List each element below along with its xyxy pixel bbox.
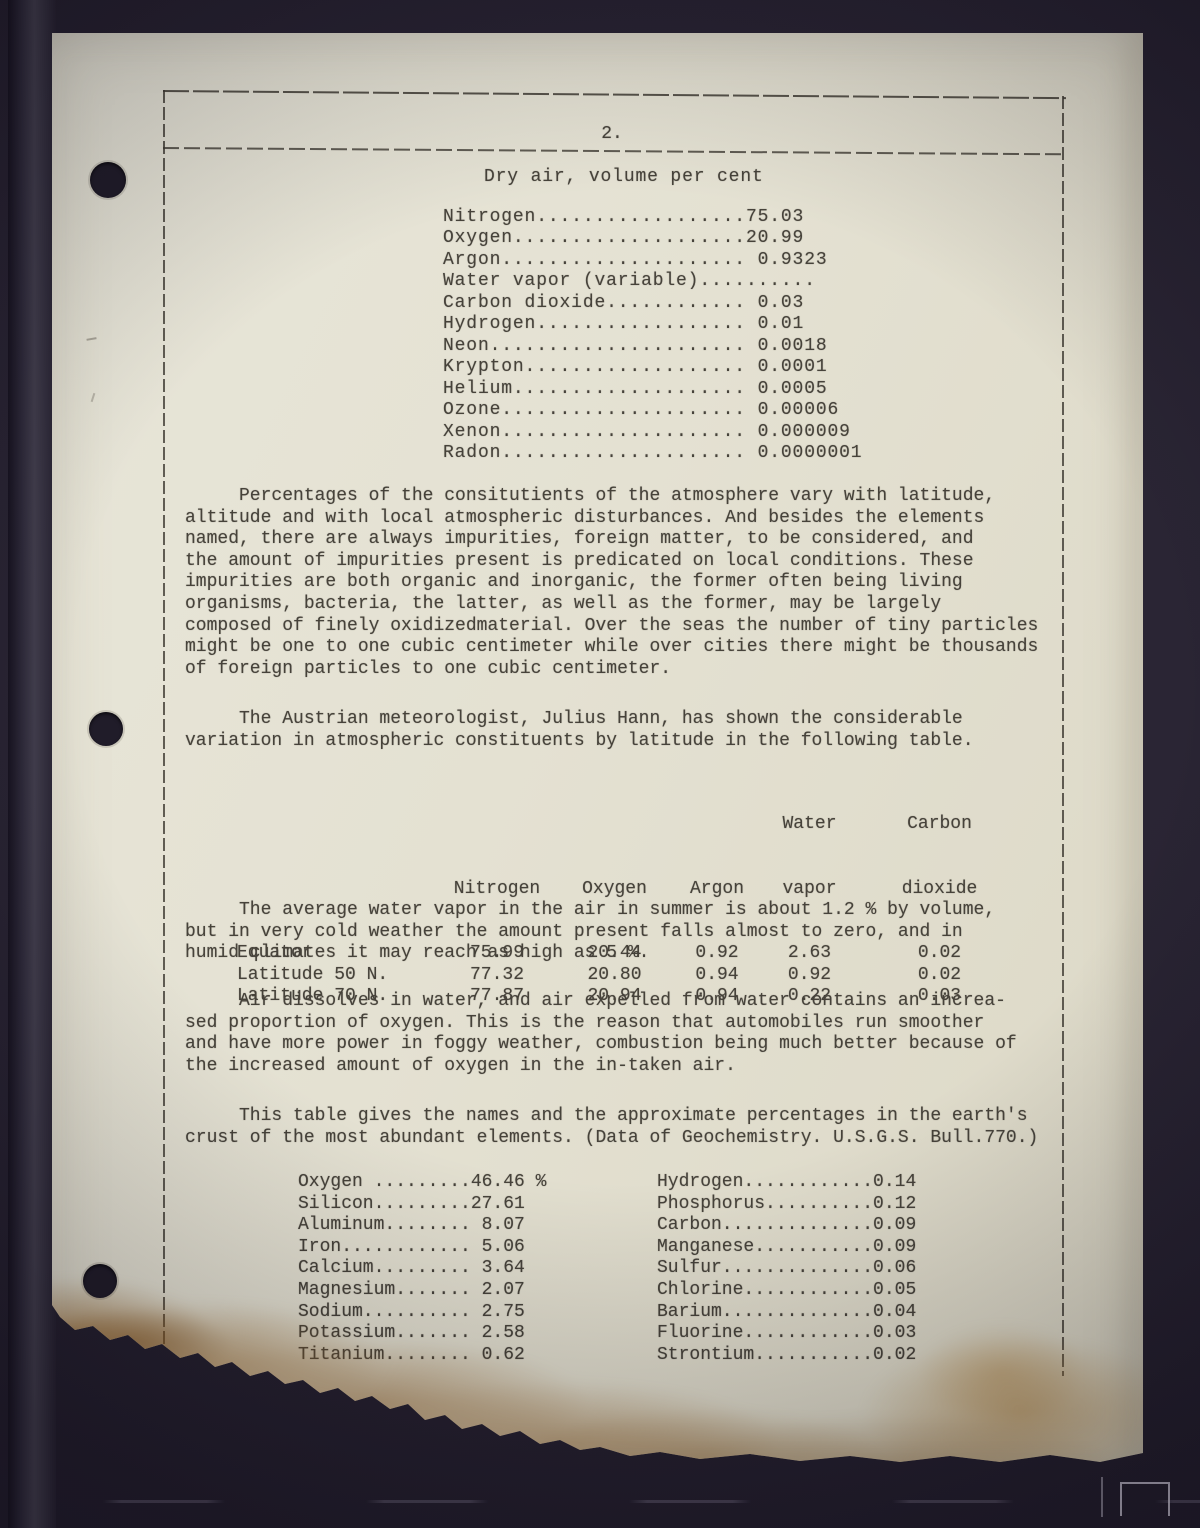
scanned-photo-background: 2. Dry air, volume per cent Nitrogen....… bbox=[0, 0, 1200, 1528]
gas-list-line: Krypton................... 0.0001 bbox=[443, 357, 862, 378]
page-border-top-line bbox=[163, 90, 1066, 99]
burn-stain bbox=[12, 1240, 1183, 1500]
gas-list-line: Hydrogen.................. 0.01 bbox=[443, 314, 862, 335]
element-line: Sulfur..............0.06 bbox=[657, 1258, 916, 1280]
element-line: Magnesium....... 2.07 bbox=[298, 1280, 546, 1302]
paragraph-water-vapor: The average water vapor in the air in su… bbox=[185, 900, 995, 965]
page-border-left-line bbox=[163, 90, 165, 1345]
element-line: Hydrogen............0.14 bbox=[657, 1172, 916, 1194]
text-line: the increased amount of oxygen in the in… bbox=[185, 1056, 1017, 1078]
table-cell-label: Latitude 50 N. bbox=[237, 965, 437, 987]
page-border-right-line bbox=[1062, 96, 1064, 1376]
paragraph-julius-hann: The Austrian meteorologist, Julius Hann,… bbox=[185, 709, 974, 752]
table-header-cell bbox=[557, 814, 672, 836]
text-line: Percentages of the consitutients of the … bbox=[185, 486, 1038, 508]
table-header-cell bbox=[437, 814, 557, 836]
binder-mark bbox=[892, 1500, 1014, 1503]
text-line: composed of finely oxidizedmaterial. Ove… bbox=[185, 616, 1038, 638]
gas-list-line: Radon..................... 0.0000001 bbox=[443, 443, 862, 464]
table-cell-nitrogen: 77.32 bbox=[437, 965, 557, 987]
pencil-mark bbox=[91, 393, 96, 402]
table-header-cell: Nitrogen bbox=[437, 879, 557, 901]
element-line: Aluminum........ 8.07 bbox=[298, 1215, 546, 1237]
element-line: Strontium...........0.02 bbox=[657, 1345, 916, 1367]
table-cell-water-vapor: 0.92 bbox=[762, 965, 857, 987]
element-line: Iron............ 5.06 bbox=[298, 1237, 546, 1259]
binder-spine bbox=[8, 0, 56, 1528]
text-line: This table gives the names and the appro… bbox=[185, 1106, 1038, 1128]
punch-hole bbox=[90, 162, 126, 198]
binder-mark bbox=[103, 1500, 225, 1503]
gas-composition-list: Nitrogen..................75.03Oxygen...… bbox=[443, 207, 862, 464]
text-line: The Austrian meteorologist, Julius Hann,… bbox=[185, 709, 974, 731]
table-header-cell: Carbon bbox=[857, 814, 1022, 836]
elements-table-right-column: Hydrogen............0.14Phosphorus......… bbox=[657, 1172, 916, 1366]
document-page: 2. Dry air, volume per cent Nitrogen....… bbox=[52, 33, 1143, 1470]
page-border-dashed-line bbox=[163, 147, 1066, 155]
text-line: but in very cold weather the amount pres… bbox=[185, 922, 995, 944]
binder-mark bbox=[366, 1500, 488, 1503]
text-line: sed proportion of oxygen. This is the re… bbox=[185, 1013, 1017, 1035]
text-line: humid climates it may reach as high as 5… bbox=[185, 943, 995, 965]
corner-tab bbox=[1120, 1482, 1170, 1516]
table-cell-argon: 0.94 bbox=[672, 965, 762, 987]
table-header-cell bbox=[672, 814, 762, 836]
table-header-row: NitrogenOxygenArgonvapordioxide bbox=[237, 879, 1022, 901]
element-line: Sodium.......... 2.75 bbox=[298, 1302, 546, 1324]
text-line: Air dissolves in water, and air expelled… bbox=[185, 991, 1017, 1013]
text-line: organisms, bacteria, the latter, as well… bbox=[185, 594, 1038, 616]
element-line: Silicon.........27.61 bbox=[298, 1194, 546, 1216]
element-line: Calcium......... 3.64 bbox=[298, 1258, 546, 1280]
element-line: Chlorine............0.05 bbox=[657, 1280, 916, 1302]
gas-list-line: Carbon dioxide............ 0.03 bbox=[443, 293, 862, 314]
gas-list-line: Xenon..................... 0.000009 bbox=[443, 422, 862, 443]
text-line: altitude and with local atmospheric dist… bbox=[185, 508, 1038, 530]
table-header-cell bbox=[237, 814, 437, 836]
element-line: Barium..............0.04 bbox=[657, 1302, 916, 1324]
gas-list-line: Neon...................... 0.0018 bbox=[443, 336, 862, 357]
table-cell-carbon-dioxide: 0.02 bbox=[857, 965, 1022, 987]
gas-list-line: Ozone..................... 0.00006 bbox=[443, 400, 862, 421]
text-line: variation in atmospheric constituents by… bbox=[185, 731, 974, 753]
gas-list-line: Argon..................... 0.9323 bbox=[443, 250, 862, 271]
table-header-cell bbox=[237, 879, 437, 901]
gas-list-line: Nitrogen..................75.03 bbox=[443, 207, 862, 228]
punch-hole bbox=[83, 1264, 117, 1298]
text-line: and have more power in foggy weather, co… bbox=[185, 1034, 1017, 1056]
pencil-mark bbox=[85, 331, 96, 341]
text-line: might be one to one cubic centimeter whi… bbox=[185, 637, 1038, 659]
text-line: of foreign particles to one cubic centim… bbox=[185, 659, 1038, 681]
corner-tab-line bbox=[1101, 1477, 1103, 1517]
elements-table-left-column: Oxygen .........46.46 %Silicon.........2… bbox=[298, 1172, 546, 1366]
table-cell-oxygen: 20.80 bbox=[557, 965, 672, 987]
table-header-cell: Argon bbox=[672, 879, 762, 901]
table-header-cell: Water bbox=[762, 814, 857, 836]
binder-mark bbox=[629, 1500, 751, 1503]
element-line: Carbon..............0.09 bbox=[657, 1215, 916, 1237]
text-line: the amount of impurities present is pred… bbox=[185, 551, 1038, 573]
element-line: Phosphorus..........0.12 bbox=[657, 1194, 916, 1216]
element-line: Fluorine............0.03 bbox=[657, 1323, 916, 1345]
paragraph-air-dissolves: Air dissolves in water, and air expelled… bbox=[185, 991, 1017, 1077]
gas-list-line: Helium.................... 0.0005 bbox=[443, 379, 862, 400]
page-number: 2. bbox=[557, 124, 667, 146]
table-header-top-row: WaterCarbon bbox=[237, 814, 1022, 836]
element-line: Titanium........ 0.62 bbox=[298, 1345, 546, 1367]
table-header-cell: Oxygen bbox=[557, 879, 672, 901]
table-header-cell: vapor bbox=[762, 879, 857, 901]
text-line: named, there are always impurities, fore… bbox=[185, 529, 1038, 551]
gas-list-line: Oxygen....................20.99 bbox=[443, 228, 862, 249]
element-line: Oxygen .........46.46 % bbox=[298, 1172, 546, 1194]
text-line: crust of the most abundant elements. (Da… bbox=[185, 1128, 1038, 1150]
gas-list-line: Water vapor (variable).......... bbox=[443, 271, 862, 292]
table-row: Latitude 50 N. 77.32 20.80 0.94 0.92 0.0… bbox=[237, 965, 1022, 987]
element-line: Potassium....... 2.58 bbox=[298, 1323, 546, 1345]
table-header-cell: dioxide bbox=[857, 879, 1022, 901]
document-title: Dry air, volume per cent bbox=[484, 167, 764, 189]
paragraph-earths-crust: This table gives the names and the appro… bbox=[185, 1106, 1038, 1149]
punch-hole bbox=[89, 712, 123, 746]
text-line: The average water vapor in the air in su… bbox=[185, 900, 995, 922]
element-line: Manganese...........0.09 bbox=[657, 1237, 916, 1259]
text-line: impurities are both organic and inorgani… bbox=[185, 572, 1038, 594]
paragraph-impurities: Percentages of the consitutients of the … bbox=[185, 486, 1038, 680]
